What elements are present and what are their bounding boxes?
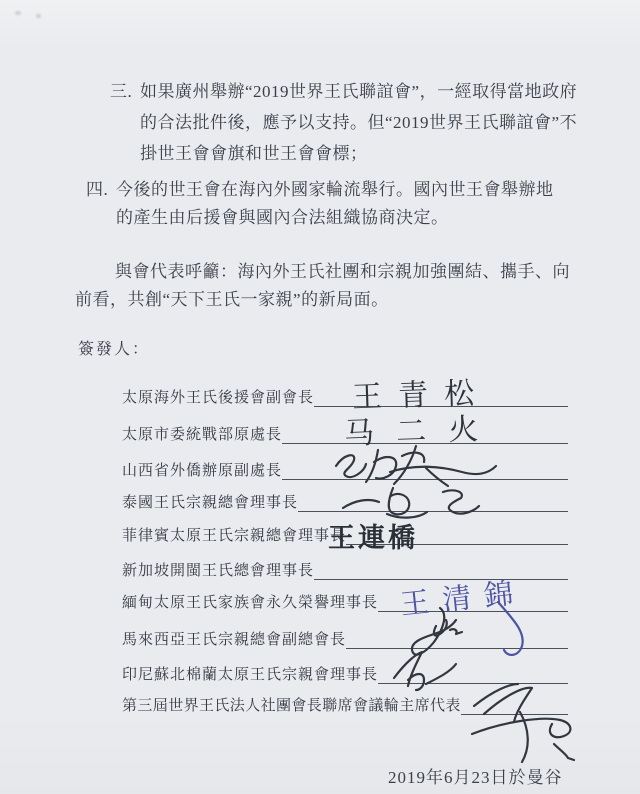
signature-line: [282, 421, 568, 444]
signer-title: 印尼蘇北棉蘭太原王氏宗親會理事長: [122, 663, 378, 684]
signature-line: [314, 384, 568, 407]
appeal-paragraph: 與會代表呼籲：海內外王氏社團和宗親加強團結、攜手、向 前看，共創“天下王氏一家親…: [75, 258, 585, 314]
signer-title: 泰國王氏宗親總會理事長: [122, 491, 298, 512]
signature-line: [346, 522, 568, 545]
document-page: 三. 如果廣州舉辦“2019世界王氏聯誼會”，一經取得當地政府 的合法批件後，應…: [0, 0, 640, 794]
date-line: 2019年6月23日於曼谷: [388, 763, 563, 788]
clause-3: 三. 如果廣州舉辦“2019世界王氏聯誼會”，一經取得當地政府 的合法批件後，應…: [110, 76, 577, 169]
clause-line: 的合法批件後，應予以支持。但“2019世界王氏聯誼會”不: [140, 107, 577, 138]
scan-smudge: [36, 14, 41, 18]
signature-line: [346, 626, 568, 649]
signers-heading: 簽發人：: [78, 336, 150, 359]
appeal-line: 與會代表呼籲：海內外王氏社團和宗親加強團結、攜手、向: [75, 258, 585, 286]
signer-title: 菲律賓太原王氏宗親總會理事長: [122, 524, 346, 545]
signer-row: 印尼蘇北棉蘭太原王氏宗親會理事長: [122, 662, 568, 684]
signer-title: 緬甸太原王氏家族會永久榮譽理事長: [122, 591, 378, 612]
signature-line: [378, 661, 568, 684]
signature-line: [298, 489, 568, 512]
signer-row: 太原海外王氏後援會副會長: [122, 385, 568, 407]
clause-line: 今後的世王會在海內外國家輪流舉行。國內世王會舉辦地: [116, 176, 554, 204]
signer-row: 菲律賓太原王氏宗親總會理事長: [122, 523, 568, 545]
appeal-line: 前看，共創“天下王氏一家親”的新局面。: [75, 286, 585, 314]
clause-line: 的產生由后援會與國內合法組織協商決定。: [116, 204, 554, 232]
clause-4: 四. 今後的世王會在海內外國家輪流舉行。國內世王會舉辦地 的產生由后援會與國內合…: [86, 176, 554, 232]
signer-title: 馬來西亞王氏宗親總會副總會長: [122, 628, 346, 649]
signer-title: 山西省外僑辦原副處長: [122, 459, 282, 480]
signer-row: 太原市委統戰部原處長: [122, 422, 568, 444]
clause-text: 今後的世王會在海內外國家輪流舉行。國內世王會舉辦地 的產生由后援會與國內合法組織…: [116, 176, 554, 232]
signer-row: 馬來西亞王氏宗親總會副總會長: [122, 627, 568, 649]
clause-text: 如果廣州舉辦“2019世界王氏聯誼會”，一經取得當地政府 的合法批件後，應予以支…: [140, 76, 577, 169]
clause-line: 掛世王會會旗和世王會會標；: [140, 138, 577, 169]
signature-line: [378, 589, 568, 612]
signer-row: 新加坡開閩王氏總會理事長: [122, 558, 568, 580]
signer-row: 緬甸太原王氏家族會永久榮譽理事長: [122, 590, 568, 612]
signature-line: [282, 457, 568, 480]
signer-title: 太原市委統戰部原處長: [122, 423, 282, 444]
scan-smudge: [15, 11, 21, 15]
signer-row: 山西省外僑辦原副處長: [122, 458, 568, 480]
signer-row: 第三屆世界王氏法人社團會長聯席會議輪主席代表: [122, 693, 568, 715]
clause-line: 如果廣州舉辦“2019世界王氏聯誼會”，一經取得當地政府: [140, 76, 577, 107]
clause-number: 四.: [86, 176, 116, 232]
clause-number: 三.: [110, 76, 140, 169]
signer-title: 第三屆世界王氏法人社團會長聯席會議輪主席代表: [122, 694, 461, 715]
signer-title: 太原海外王氏後援會副會長: [122, 386, 314, 407]
signature-line: [461, 692, 568, 715]
signer-title: 新加坡開閩王氏總會理事長: [122, 559, 314, 580]
signer-row: 泰國王氏宗親總會理事長: [122, 490, 568, 512]
signature-line: [314, 557, 568, 580]
